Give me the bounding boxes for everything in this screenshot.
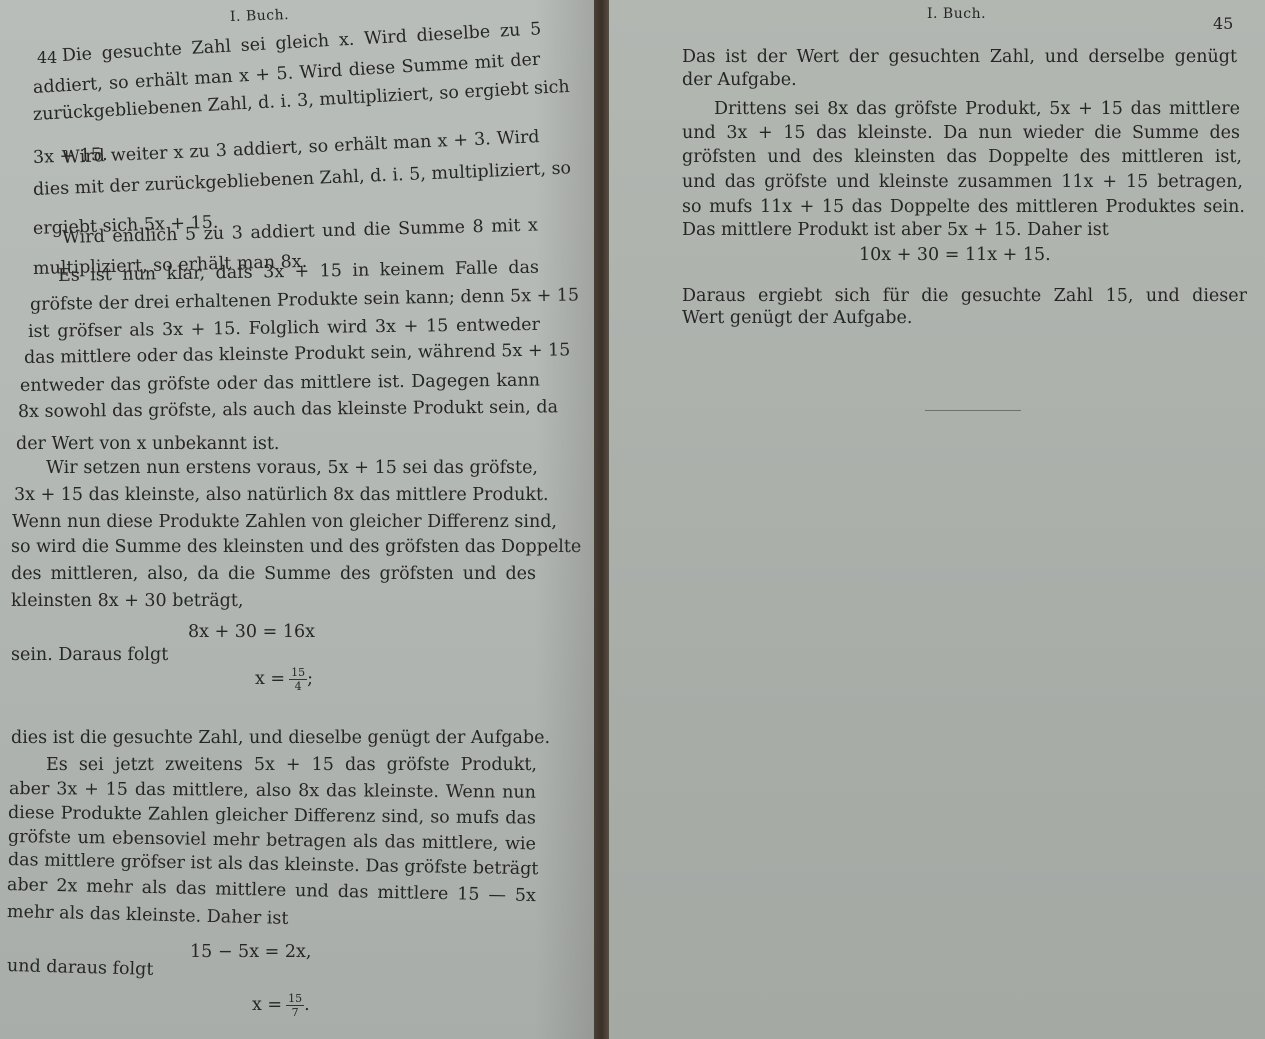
denominator: 7 [286,1006,304,1019]
equation-lhs: x = [255,669,285,689]
numerator: 15 [289,666,307,680]
text-line: Daraus ergiebt sich für die gesuchte Zah… [682,286,1247,306]
text-line: gröfsten und des kleinsten das Doppelte … [682,147,1242,167]
text-line: und das gröfste und kleinste zusammen 11… [682,172,1243,192]
text-line: Drittens sei 8x das gröfste Produkt, 5x … [714,99,1240,119]
text-line: und 3x + 15 das kleinste. Da nun wieder … [682,123,1240,143]
text-line: Wir setzen nun erstens voraus, 5x + 15 s… [46,458,538,478]
text-line: kleinsten 8x + 30 beträgt, [11,591,243,611]
text-line: des mittleren, also, da die Summe des gr… [11,564,536,584]
text-line: Das mittlere Produkt ist aber 5x + 15. D… [682,220,1109,240]
text-line: so wird die Summe des kleinsten und des … [11,537,541,557]
denominator: 4 [289,680,307,693]
equation: 15 − 5x = 2x, [190,942,311,962]
equation: 8x + 30 = 16x [188,622,315,642]
book-gutter [594,0,609,1039]
text-line: so mufs 11x + 15 das Doppelte des mittle… [682,197,1245,217]
text-line: das mittlere oder das kleinste Produkt s… [24,341,540,368]
section-rule [925,410,1021,411]
text-line: aber 2x mehr als das mittlere und das mi… [7,875,536,906]
fraction: 157 [286,992,304,1019]
page-number: 44 [37,48,57,67]
text-line: 8x sowohl das gröfste, als auch das klei… [18,397,539,422]
text-line: Es sei jetzt zweitens 5x + 15 das gröfst… [46,755,537,775]
text-line: aber 3x + 15 das mittlere, also 8x das k… [9,779,536,803]
text-line: Das ist der Wert der gesuchten Zahl, und… [682,47,1237,67]
text-line: und daraus folgt [7,956,154,980]
equation-fraction: x =154; [255,666,313,693]
equation-suffix: ; [307,669,313,689]
equation-fraction: x =157. [252,992,310,1019]
text-line: mehr als das kleinste. Daher ist [7,902,289,929]
equation: 10x + 30 = 11x + 15. [859,245,1051,265]
text-line: entweder das gröfste oder das mittlere i… [20,371,540,396]
text-line: ist gröfser als 3x + 15. Folglich wird 3… [28,315,540,342]
text-line: 3x + 15 das kleinste, also natürlich 8x … [14,485,538,505]
running-head: I. Buch. [927,6,986,22]
text-line: sein. Daraus folgt [11,645,168,665]
text-line: das mittlere gröfser ist als das kleinst… [8,850,536,879]
left-page: I. Buch. 44 Die gesuchte Zahl sei gleich… [0,0,595,1039]
page-number: 45 [1213,14,1233,33]
text-line: Wenn nun diese Produkte Zahlen von gleic… [12,512,539,532]
text-line: der Wert von x unbekannt ist. [16,434,280,454]
equation-suffix: . [304,995,310,1015]
running-head: I. Buch. [230,7,290,25]
fraction: 154 [289,666,307,693]
text-line: diese Produkte Zahlen gleicher Differenz… [8,803,536,829]
numerator: 15 [286,992,304,1006]
right-page: I. Buch. 45 Das ist der Wert der gesucht… [609,0,1265,1039]
equation-lhs: x = [252,995,282,1015]
text-line: der Aufgabe. [682,70,797,90]
text-line: gröfste der drei erhaltenen Produkte sei… [30,286,540,315]
text-line: dies ist die gesuchte Zahl, und dieselbe… [11,728,539,748]
text-line: gröfste um ebensoviel mehr betragen als … [8,827,536,854]
text-line: Wert genügt der Aufgabe. [682,308,912,328]
